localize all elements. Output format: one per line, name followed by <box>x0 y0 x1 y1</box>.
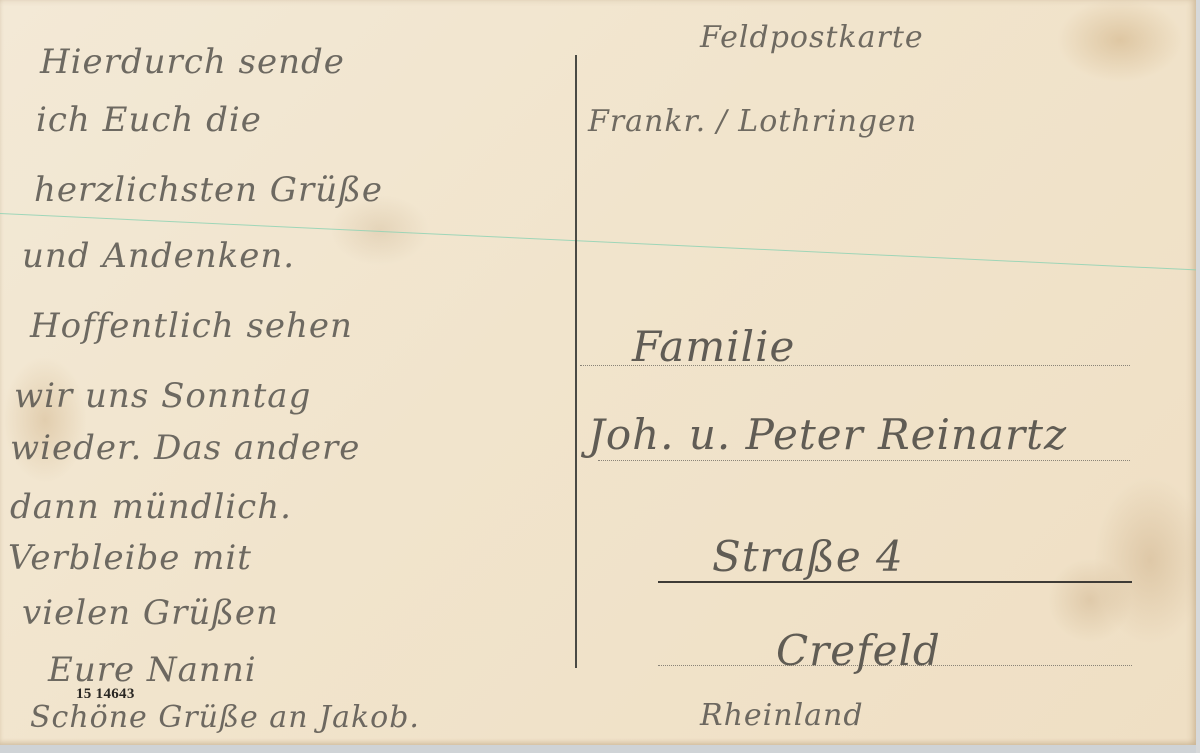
message-line-6: wir uns Sonntag <box>14 376 311 416</box>
header-feldpostkarte: Feldpostkarte <box>700 20 924 55</box>
message-line-5: Hoffentlich sehen <box>30 306 353 346</box>
message-postscript: Schöne Grüße an Jakob. <box>30 700 420 735</box>
address-line-3 <box>658 581 1132 583</box>
message-line-10: vielen Grüßen <box>22 593 279 633</box>
header-location: Frankr. / Lothringen <box>588 104 917 139</box>
message-signature: Eure Nanni <box>48 650 257 690</box>
scan-right-edge <box>1196 0 1200 753</box>
address-names: Joh. u. Peter Reinartz <box>588 410 1067 459</box>
address-city: Crefeld <box>776 626 941 675</box>
address-familie: Familie <box>632 322 795 371</box>
message-line-2: ich Euch die <box>36 100 262 140</box>
center-divider-line <box>575 55 577 668</box>
address-street: Straße 4 <box>712 532 904 581</box>
address-region: Rheinland <box>700 698 864 733</box>
message-line-1: Hierdurch sende <box>40 42 345 82</box>
message-line-9: Verbleibe mit <box>8 538 252 578</box>
message-line-8: dann mündlich. <box>10 487 292 527</box>
postcard-back: Hierdurch sende ich Euch die herzlichste… <box>0 0 1196 745</box>
scan-bottom-edge <box>0 745 1200 753</box>
address-line-2 <box>598 460 1130 461</box>
catalog-number: 15 14643 <box>76 686 135 703</box>
message-line-3: herzlichsten Grüße <box>34 170 383 210</box>
message-line-7: wieder. Das andere <box>10 428 360 468</box>
message-line-4: und Andenken. <box>22 236 295 276</box>
